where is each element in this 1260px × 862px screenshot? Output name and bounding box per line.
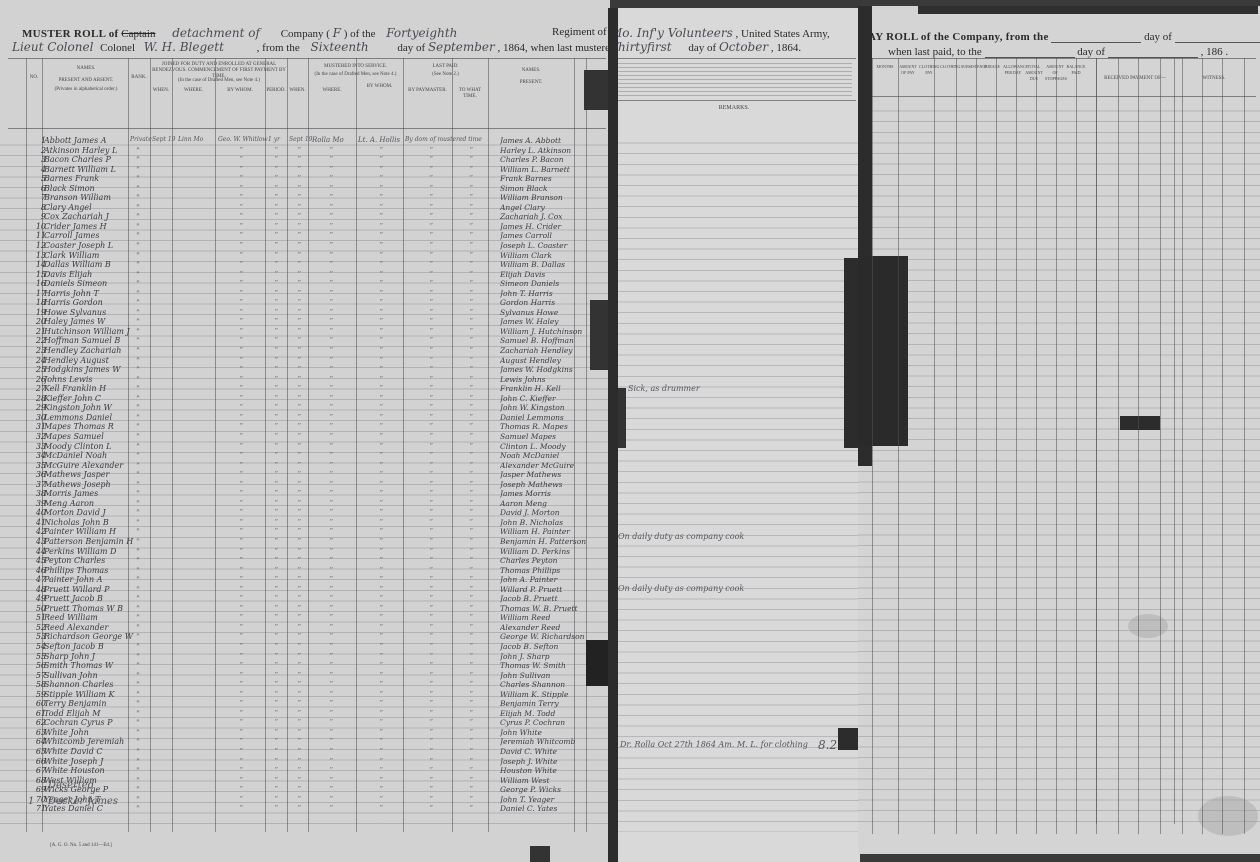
ditto-mark: ″ — [240, 556, 243, 564]
pay-col-divider — [1182, 58, 1183, 834]
ditto-mark: ″ — [330, 480, 333, 488]
ditto-mark: ″ — [470, 279, 473, 287]
ditto-mark: ″ — [430, 527, 433, 535]
present-name: August Hendley — [500, 356, 590, 365]
ditto-mark: ″ — [330, 184, 333, 192]
ditto-mark: ″ — [298, 461, 301, 469]
ditto-mark: ″ — [240, 394, 243, 402]
ditto-mark: ″ — [298, 690, 301, 698]
ditto-mark: ″ — [380, 308, 383, 316]
ditto-mark: ″ — [275, 212, 278, 220]
present-name: Joseph Mathews — [500, 480, 590, 489]
ditto-mark: ″ — [275, 680, 278, 688]
rank-ditto: ″ — [128, 575, 148, 584]
rank-ditto: ″ — [128, 766, 148, 775]
ditto-mark: ″ — [430, 174, 433, 182]
ditto-mark: ″ — [470, 776, 473, 784]
ditto-mark: ″ — [298, 375, 301, 383]
ditto-mark: ″ — [298, 422, 301, 430]
from-the-label: , from the — [257, 42, 300, 54]
ditto-mark: ″ — [380, 155, 383, 163]
pay-col-divider — [1138, 58, 1139, 834]
rank-ditto: ″ — [128, 375, 148, 384]
to-day-of: day of — [688, 42, 716, 54]
ditto-mark: ″ — [470, 671, 473, 679]
rank-ditto: ″ — [128, 537, 148, 546]
ditto-mark: ″ — [298, 728, 301, 736]
muster-roll-left-sheet: MUSTER ROLL of Captain detachment of Com… — [0, 0, 610, 862]
ditto-mark: ″ — [240, 632, 243, 640]
ditto-mark: ″ — [470, 709, 473, 717]
rank-ditto: ″ — [128, 632, 148, 641]
ditto-mark: ″ — [470, 766, 473, 774]
ditto-mark: ″ — [330, 231, 333, 239]
rank-ditto: ″ — [128, 422, 148, 431]
ditto-mark: ″ — [240, 241, 243, 249]
ditto-mark: ″ — [275, 699, 278, 707]
ditto-mark: ″ — [330, 260, 333, 268]
ditto-mark: ″ — [330, 556, 333, 564]
ditto-mark: ″ — [298, 155, 301, 163]
ditto-mark: ″ — [330, 394, 333, 402]
ditto-mark: ″ — [275, 279, 278, 287]
ditto-mark: ″ — [330, 718, 333, 726]
muster-roll-title: MUSTER ROLL of — [22, 28, 119, 40]
ditto-mark: ″ — [275, 451, 278, 459]
ditto-mark: ″ — [240, 403, 243, 411]
ditto-mark: ″ — [298, 251, 301, 259]
ditto-mark: ″ — [470, 518, 473, 526]
torn-edge — [608, 8, 618, 862]
ditto-mark: ″ — [298, 442, 301, 450]
ditto-mark: ″ — [430, 728, 433, 736]
ditto-mark: ″ — [298, 699, 301, 707]
pay-col-divider — [1016, 58, 1017, 834]
of-the-label: ) of the — [344, 28, 376, 40]
ditto-mark: ″ — [275, 804, 278, 812]
ditto-mark: ″ — [330, 442, 333, 450]
ditto-mark: ″ — [470, 804, 473, 812]
present-name: Houston White — [500, 766, 590, 775]
roster-row: 47Painter John A″″″″″″″″John A. Painter — [0, 575, 610, 585]
when-last-paid-year: , 186 . — [1201, 46, 1229, 58]
roster-row: 45Peyton Charles″″″″″″″″Charles Peyton — [0, 556, 610, 566]
ditto-mark: ″ — [275, 585, 278, 593]
header-names-note: (Privates in alphabetical order.) — [44, 87, 128, 93]
ditto-mark: ″ — [470, 527, 473, 535]
ditto-mark: ″ — [430, 604, 433, 612]
ditto-mark: ″ — [330, 413, 333, 421]
ditto-mark: ″ — [470, 432, 473, 440]
ditto-mark: ″ — [240, 336, 243, 344]
ditto-mark: ″ — [298, 556, 301, 564]
ditto-mark: ″ — [275, 327, 278, 335]
ditto-mark: ″ — [330, 737, 333, 745]
pay-col-divider — [996, 58, 997, 834]
ditto-mark: ″ — [430, 193, 433, 201]
ditto-mark: ″ — [330, 251, 333, 259]
ditto-mark: ″ — [240, 375, 243, 383]
ditto-mark: ″ — [275, 413, 278, 421]
ditto-mark: ″ — [330, 241, 333, 249]
ditto-mark: ″ — [470, 461, 473, 469]
ditto-mark: ″ — [430, 508, 433, 516]
ditto-mark: ″ — [380, 728, 383, 736]
roster-row: 38Morris James″″″″″″″″James Morris — [0, 489, 610, 499]
ditto-mark: ″ — [330, 155, 333, 163]
ditto-mark: ″ — [275, 594, 278, 602]
rank-ditto: ″ — [128, 165, 148, 174]
ditto-mark: ″ — [430, 661, 433, 669]
ditto-mark: ″ — [470, 289, 473, 297]
ditto-mark: ″ — [240, 298, 243, 306]
ditto-mark: ″ — [275, 308, 278, 316]
torn-edge — [1120, 416, 1160, 430]
ditto-mark: ″ — [330, 766, 333, 774]
ditto-mark: ″ — [240, 671, 243, 679]
present-name: William Reed — [500, 613, 590, 622]
ditto-mark: ″ — [380, 184, 383, 192]
ditto-mark: ″ — [298, 623, 301, 631]
ditto-mark: ″ — [470, 212, 473, 220]
roster-row: 9Cox Zachariah J″″″″″″″″Zachariah J. Cox — [0, 212, 610, 222]
instructions-fine-print — [616, 60, 852, 98]
present-name: David J. Morton — [500, 508, 590, 517]
ditto-mark: ″ — [380, 680, 383, 688]
roster-row: 10Crider James H″″″″″″″″James H. Crider — [0, 222, 610, 232]
ditto-mark: ″ — [275, 270, 278, 278]
ditto-mark: ″ — [430, 566, 433, 574]
ditto-mark: ″ — [430, 384, 433, 392]
ditto-mark: ″ — [275, 298, 278, 306]
header-top-rule — [8, 58, 606, 59]
ditto-mark: ″ — [430, 203, 433, 211]
remark-3: On daily duty as company cook — [618, 584, 744, 593]
ditto-mark: ″ — [430, 422, 433, 430]
ditto-mark: ″ — [240, 499, 243, 507]
torn-edge — [838, 728, 860, 750]
ditto-mark: ″ — [240, 184, 243, 192]
ditto-mark: ″ — [430, 432, 433, 440]
ditto-mark: ″ — [330, 327, 333, 335]
rank-ditto: ″ — [128, 556, 148, 565]
ditto-mark: ″ — [330, 709, 333, 717]
ditto-mark: ″ — [275, 489, 278, 497]
pay-col-header: Forage — [982, 64, 1002, 70]
present-name: Samuel Mapes — [500, 432, 590, 441]
torn-edge — [530, 846, 550, 862]
pay-col-header: Subsistence — [961, 64, 981, 70]
ditto-mark: ″ — [380, 174, 383, 182]
present-name: Joseph J. White — [500, 757, 590, 766]
ditto-mark: ″ — [430, 394, 433, 402]
ditto-mark: ″ — [380, 537, 383, 545]
ditto-mark: ″ — [470, 613, 473, 621]
ditto-mark: ″ — [330, 680, 333, 688]
roster-row: 37Mathews Joseph″″″″″″″″Joseph Mathews — [0, 480, 610, 490]
rank-ditto: ″ — [128, 461, 148, 470]
ditto-mark: ″ — [240, 699, 243, 707]
ditto-mark: ″ — [240, 222, 243, 230]
ditto-mark: ″ — [470, 375, 473, 383]
ditto-mark: ″ — [298, 508, 301, 516]
ditto-mark: ″ — [470, 623, 473, 631]
ditto-mark: ″ — [298, 346, 301, 354]
ditto-mark: ″ — [330, 642, 333, 650]
ditto-mark: ″ — [430, 336, 433, 344]
ditto-mark: ″ — [380, 575, 383, 583]
roster-row: 49Pruett Jacob B″″″″″″″″Jacob B. Pruett — [0, 594, 610, 604]
title-line-3: Mo. Inf'y Volunteers , United States Arm… — [610, 26, 830, 40]
ditto-mark: ″ — [298, 480, 301, 488]
ditto-mark: ″ — [330, 212, 333, 220]
ditto-mark: ″ — [470, 298, 473, 306]
roster-row: 44Perkins William D″″″″″″″″William D. Pe… — [0, 547, 610, 557]
ditto-mark: ″ — [430, 766, 433, 774]
ditto-mark: ″ — [240, 365, 243, 373]
ditto-mark: ″ — [380, 671, 383, 679]
ditto-mark: ″ — [380, 403, 383, 411]
roster-row: 17Harris John T″″″″″″″″John T. Harris — [0, 289, 610, 299]
rank-ditto: ″ — [128, 613, 148, 622]
ditto-mark: ″ — [330, 728, 333, 736]
ditto-mark: ″ — [430, 547, 433, 555]
ditto-mark: ″ — [330, 356, 333, 364]
rank-ditto: ″ — [128, 527, 148, 536]
ditto-mark: ″ — [298, 537, 301, 545]
ditto-mark: ″ — [430, 680, 433, 688]
header-names: Names. — [44, 66, 128, 72]
rank-ditto: ″ — [128, 365, 148, 374]
pay-col-divider — [1202, 58, 1203, 834]
ditto-mark: ″ — [298, 289, 301, 297]
ditto-mark: ″ — [275, 231, 278, 239]
ditto-mark: ″ — [380, 737, 383, 745]
torn-hole — [586, 640, 610, 686]
roster-row: 53Richardson George W″″″″″″″″George W. R… — [0, 632, 610, 642]
ditto-mark: ″ — [298, 785, 301, 793]
ditto-mark: ″ — [330, 547, 333, 555]
ditto-mark: ″ — [240, 155, 243, 163]
ditto-mark: ″ — [430, 308, 433, 316]
ditto-mark: ″ — [470, 470, 473, 478]
rank-ditto: ″ — [128, 728, 148, 737]
ditto-mark: ″ — [240, 356, 243, 364]
rank-ditto: ″ — [128, 709, 148, 718]
ditto-mark: ″ — [298, 231, 301, 239]
ditto-mark: ″ — [470, 690, 473, 698]
ditto-mark: ″ — [275, 757, 278, 765]
ditto-mark: ″ — [380, 518, 383, 526]
present-name: Zachariah Hendley — [500, 346, 590, 355]
ditto-mark: ″ — [470, 795, 473, 803]
header-last-paid: Last paid. — [403, 64, 488, 70]
rank-ditto: ″ — [128, 432, 148, 441]
ditto-mark: ″ — [275, 222, 278, 230]
ditto-mark: ″ — [380, 165, 383, 173]
ditto-mark: ″ — [330, 403, 333, 411]
ditto-mark: ″ — [380, 251, 383, 259]
ditto-mark: ″ — [275, 652, 278, 660]
ditto-mark: ″ — [275, 165, 278, 173]
ditto-mark: ″ — [330, 298, 333, 306]
ditto-mark: ″ — [240, 174, 243, 182]
rank-ditto: ″ — [128, 652, 148, 661]
ditto-mark: ″ — [240, 604, 243, 612]
present-name: Elijah M. Todd — [500, 709, 590, 718]
when-last-paid: when last paid, to the — [888, 46, 982, 58]
ditto-mark: ″ — [470, 308, 473, 316]
ditto-mark: ″ — [240, 146, 243, 154]
header-rule — [866, 96, 1256, 97]
roster-row: 58Shannon Charles″″″″″″″″Charles Shannon — [0, 680, 610, 690]
colonel-name-hand: W. H. Blegett — [144, 40, 224, 54]
ditto-mark: ″ — [380, 470, 383, 478]
ditto-mark: ″ — [275, 642, 278, 650]
roster-list: 1Abbott James AJames A. Abbott2Atkinson … — [0, 136, 610, 814]
present-name: Zachariah J. Cox — [500, 212, 590, 221]
ditto-mark: ″ — [470, 699, 473, 707]
ditto-mark: ″ — [240, 461, 243, 469]
rank-ditto: ″ — [128, 336, 148, 345]
pay-col-divider — [1036, 58, 1037, 834]
ditto-mark: ″ — [380, 766, 383, 774]
ditto-mark: ″ — [330, 652, 333, 660]
ditto-mark: ″ — [240, 327, 243, 335]
ditto-mark: ″ — [470, 384, 473, 392]
ditto-mark: ″ — [430, 413, 433, 421]
ditto-mark: ″ — [330, 566, 333, 574]
rank-ditto: ″ — [128, 604, 148, 613]
roster-row: 5Barnes Frank″″″″″″″″Frank Barnes — [0, 174, 610, 184]
present-name: William H. Painter — [500, 527, 590, 536]
ditto-mark: ″ — [470, 231, 473, 239]
rank-ditto: ″ — [128, 690, 148, 699]
ditto-mark: ″ — [380, 260, 383, 268]
ditto-mark: ″ — [240, 251, 243, 259]
ditto-mark: ″ — [430, 690, 433, 698]
roster-row: 32Mapes Samuel″″″″″″″″Samuel Mapes — [0, 432, 610, 442]
ditto-mark: ″ — [275, 155, 278, 163]
rank-ditto: ″ — [128, 222, 148, 231]
rank-ditto: ″ — [128, 298, 148, 307]
ditto-mark: ″ — [240, 795, 243, 803]
ditto-mark: ″ — [275, 671, 278, 679]
present-name: James Carroll — [500, 231, 590, 240]
ditto-mark: ″ — [430, 776, 433, 784]
ditto-mark: ″ — [298, 613, 301, 621]
ditto-mark: ″ — [430, 222, 433, 230]
present-name: William B. Dallas — [500, 260, 590, 269]
ditto-mark: ″ — [240, 317, 243, 325]
ditto-mark: ″ — [240, 308, 243, 316]
ditto-mark: ″ — [470, 422, 473, 430]
ditto-mark: ″ — [330, 461, 333, 469]
ditto-mark: ″ — [330, 270, 333, 278]
ditto-mark: ″ — [380, 508, 383, 516]
pay-col-divider — [976, 58, 977, 834]
ditto-mark: ″ — [275, 718, 278, 726]
header-rule — [616, 100, 856, 101]
ditto-mark: ″ — [430, 709, 433, 717]
ditto-mark: ″ — [470, 566, 473, 574]
ditto-mark: ″ — [275, 556, 278, 564]
ditto-mark: ″ — [275, 241, 278, 249]
ditto-mark: ″ — [298, 470, 301, 478]
ditto-mark: ″ — [240, 757, 243, 765]
ditto-mark: ″ — [430, 461, 433, 469]
present-name: Clinton L. Moody — [500, 442, 590, 451]
header-when-2: When. — [287, 88, 308, 94]
rank-ditto: ″ — [128, 394, 148, 403]
ditto-mark: ″ — [330, 336, 333, 344]
present-name: Joseph L. Coaster — [500, 241, 590, 250]
ditto-mark: ″ — [298, 718, 301, 726]
ditto-mark: ″ — [430, 652, 433, 660]
ditto-mark: ″ — [380, 718, 383, 726]
present-name: Aaron Meng — [500, 499, 590, 508]
roster-row: 64Whitcomb Jeremiah″″″″″″″″Jeremiah Whit… — [0, 737, 610, 747]
present-name: Daniel Lemmons — [500, 413, 590, 422]
ditto-mark: ″ — [298, 308, 301, 316]
ditto-mark: ″ — [240, 785, 243, 793]
torn-edge — [590, 300, 610, 370]
pay-col-header: Balance paid — [1066, 64, 1086, 76]
company-label: Company ( — [281, 28, 330, 40]
ditto-mark: ″ — [380, 527, 383, 535]
ditto-mark: ″ — [470, 241, 473, 249]
ditto-mark: ″ — [298, 260, 301, 268]
ditto-mark: ″ — [380, 327, 383, 335]
pay-col-divider — [872, 58, 873, 834]
ditto-mark: ″ — [470, 203, 473, 211]
ditto-mark: ″ — [470, 336, 473, 344]
present-name: Thomas W. Smith — [500, 661, 590, 670]
ditto-mark: ″ — [380, 384, 383, 392]
ditto-mark: ″ — [240, 260, 243, 268]
ditto-mark: ″ — [275, 613, 278, 621]
pay-col-header: Amount of pay — [898, 64, 918, 76]
ditto-mark: ″ — [275, 623, 278, 631]
ditto-mark: ″ — [240, 451, 243, 459]
ditto-mark: ″ — [275, 566, 278, 574]
ditto-mark: ″ — [430, 403, 433, 411]
rank-ditto: ″ — [128, 413, 148, 422]
ditto-mark: ″ — [298, 499, 301, 507]
ditto-mark: ″ — [275, 394, 278, 402]
pay-col-divider — [1160, 58, 1161, 834]
ditto-mark: ″ — [380, 785, 383, 793]
ditto-mark: ″ — [275, 776, 278, 784]
ditto-mark: ″ — [330, 317, 333, 325]
ditto-mark: ″ — [240, 718, 243, 726]
rank-ditto: ″ — [128, 356, 148, 365]
ditto-mark: ″ — [430, 346, 433, 354]
ditto-mark: ″ — [430, 699, 433, 707]
present-name: Jasper Mathews — [500, 470, 590, 479]
present-name: James Morris — [500, 489, 590, 498]
ditto-mark: ″ — [470, 413, 473, 421]
ditto-mark: ″ — [470, 184, 473, 192]
roster-row: 55Sharp John J″″″″″″″″John J. Sharp — [0, 652, 610, 662]
rank-ditto: ″ — [128, 671, 148, 680]
rank-ditto: ″ — [128, 489, 148, 498]
ditto-mark: ″ — [298, 432, 301, 440]
ditto-mark: ″ — [298, 270, 301, 278]
ditto-mark: ″ — [275, 146, 278, 154]
pay-col-divider — [956, 58, 957, 834]
header-remarks: Remarks. — [608, 105, 860, 111]
